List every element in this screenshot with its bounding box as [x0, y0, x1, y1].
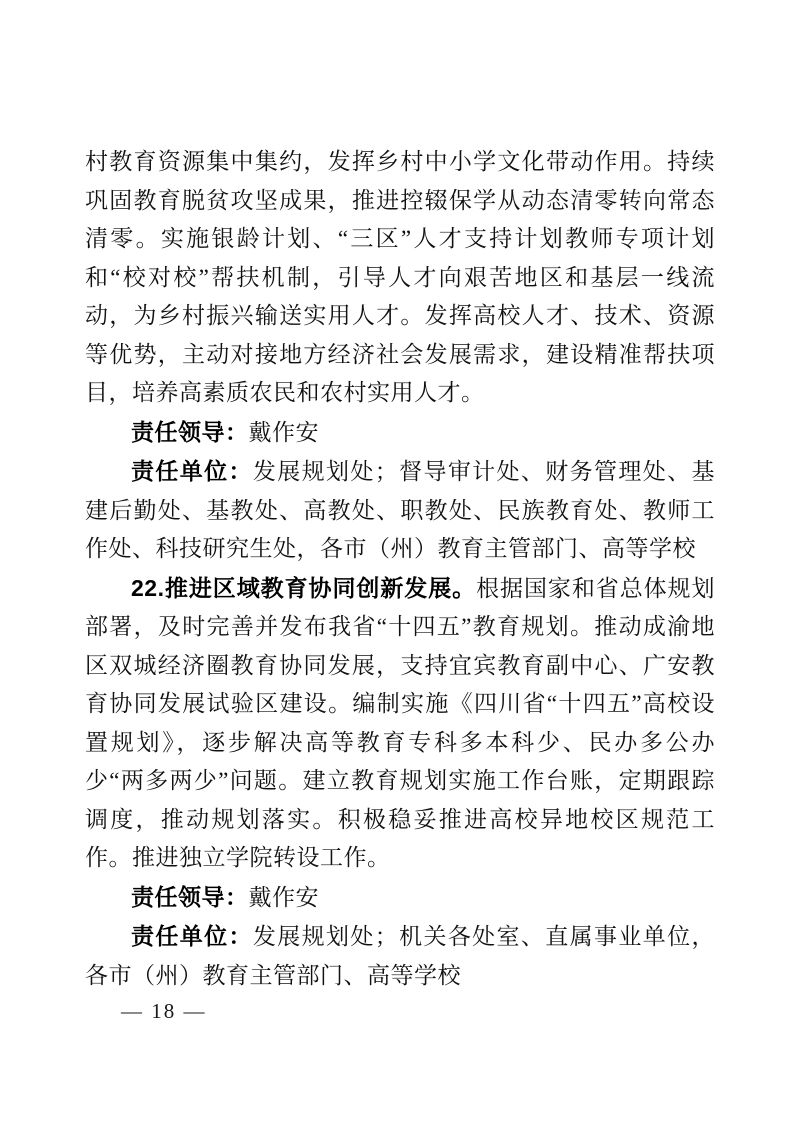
paragraph-responsible-leader: 责任领导：戴作安 — [85, 413, 715, 453]
responsible-leader-label-2: 责任领导： — [131, 884, 249, 910]
paragraph-item-22: 22.推进区域教育协同创新发展。根据国家和省总体规划部署，及时完善并发布我省“十… — [85, 569, 715, 878]
responsible-leader-label: 责任领导： — [131, 419, 249, 445]
page-number-footer: — 18 — — [121, 999, 207, 1024]
paragraph-responsible-units-2: 责任单位：发展规划处；机关各处室、直属事业单位，各市（州）教育主管部门、高等学校 — [85, 917, 715, 995]
responsible-leader-value: 戴作安 — [249, 420, 320, 445]
paragraph-responsible-units: 责任单位：发展规划处；督导审计处、财务管理处、基建后勤处、基教处、高教处、职教处… — [85, 452, 715, 569]
paragraph-responsible-leader-2: 责任领导：戴作安 — [85, 878, 715, 918]
item-22-heading: 22.推进区域教育协同创新发展。 — [131, 575, 476, 601]
item-22-text: 根据国家和省总体规划部署，及时完善并发布我省“十四五”教育规划。推动成渝地区双城… — [85, 576, 715, 871]
paragraph-continuation: 村教育资源集中集约，发挥乡村中小学文化带动作用。持续巩固教育脱贫攻坚成果，推进控… — [85, 143, 715, 413]
document-page: 村教育资源集中集约，发挥乡村中小学文化带动作用。持续巩固教育脱贫攻坚成果，推进控… — [0, 0, 793, 1122]
document-body: 村教育资源集中集约，发挥乡村中小学文化带动作用。持续巩固教育脱贫攻坚成果，推进控… — [85, 143, 715, 995]
responsible-units-label-2: 责任单位： — [131, 923, 253, 949]
responsible-leader-value-2: 戴作安 — [249, 885, 320, 910]
responsible-units-label: 责任单位： — [131, 458, 253, 484]
paragraph-text: 村教育资源集中集约，发挥乡村中小学文化带动作用。持续巩固教育脱贫攻坚成果，推进控… — [85, 149, 715, 405]
